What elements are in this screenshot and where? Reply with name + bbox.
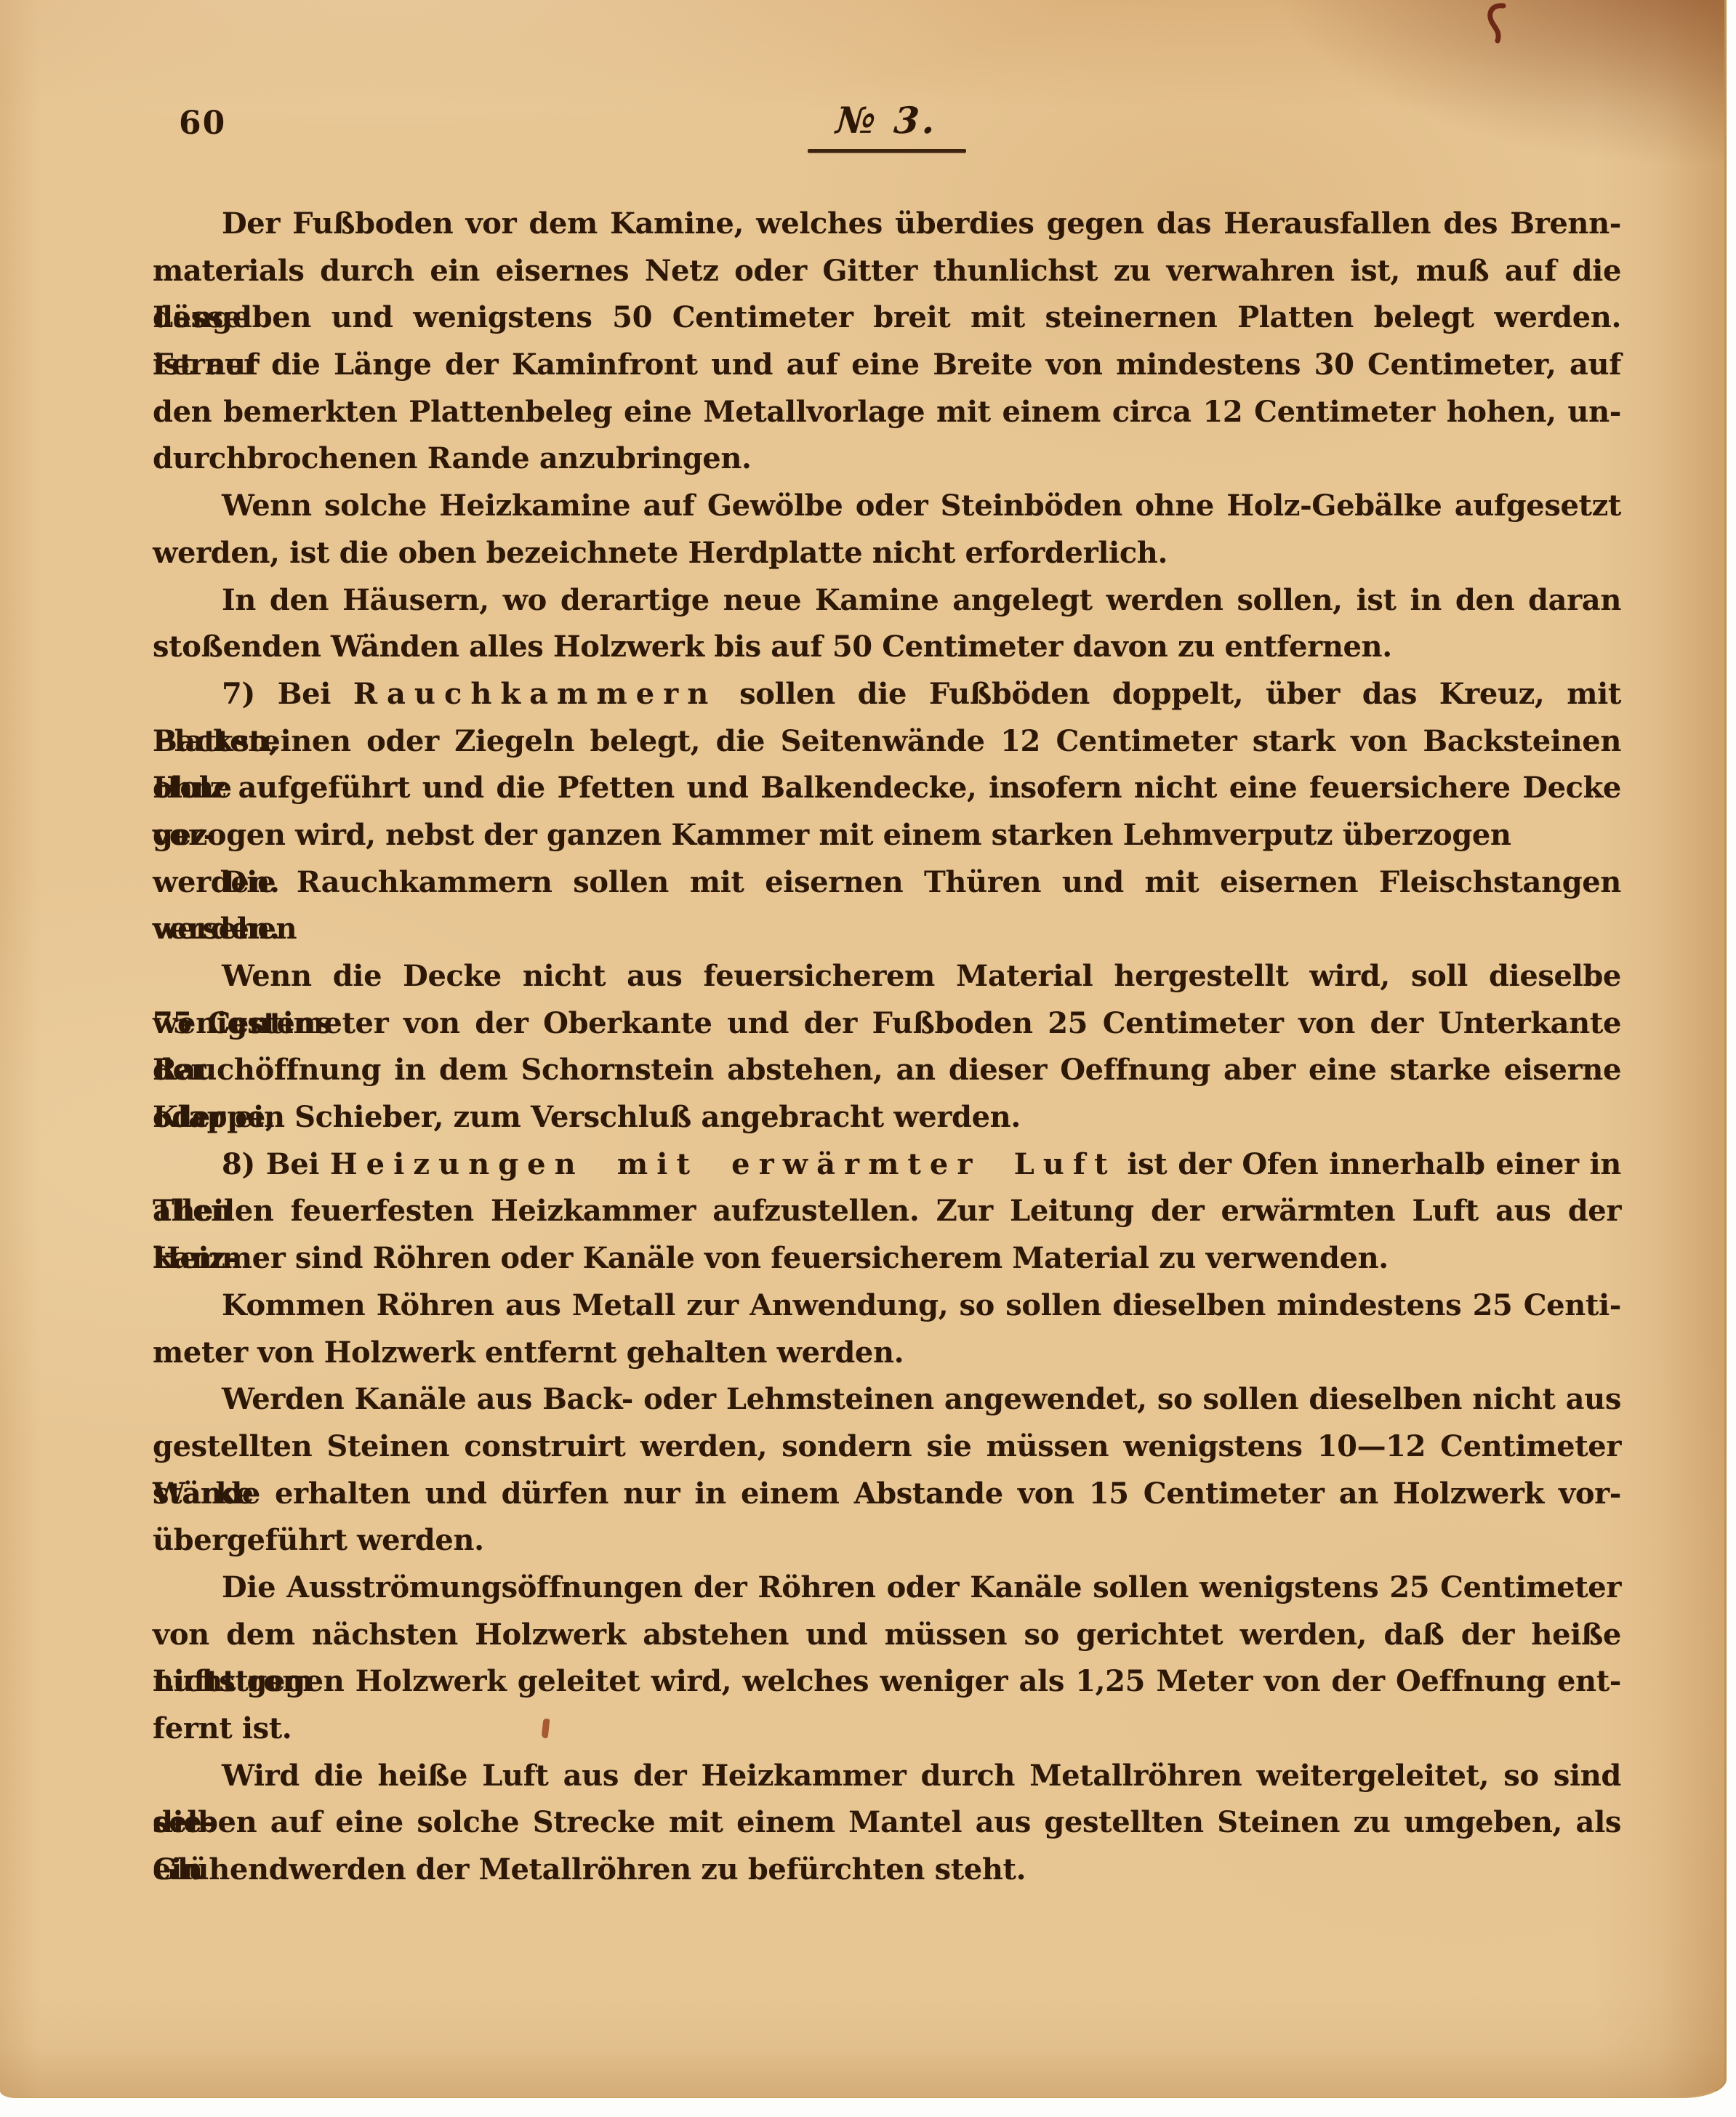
- text-line: In den Häusern, wo derartige neue Kamine…: [153, 577, 1621, 624]
- section-underline: [808, 149, 966, 153]
- text-line: ist auf die Länge der Kaminfront und auf…: [153, 342, 1621, 389]
- text-line: nicht gegen Holzwerk geleitet wird, welc…: [153, 1658, 1621, 1706]
- text-line: 7) Bei Rauchkammern sollen die Fußböden …: [153, 671, 1621, 718]
- text-line: Theilen feuerfesten Heizkammer aufzustel…: [153, 1188, 1621, 1235]
- text-line: 8) Bei Heizungen mit erwärmter Luft ist …: [153, 1141, 1621, 1189]
- text-line: 75 Centimeter von der Oberkante und der …: [153, 1000, 1621, 1048]
- text-line: durchbrochenen Rande anzubringen.: [153, 435, 1621, 483]
- text-line: Der Fußboden vor dem Kamine, welches übe…: [153, 201, 1621, 248]
- text-line: Die Rauchkammern sollen mit eisernen Thü…: [153, 859, 1621, 907]
- text-line: Holz aufgeführt und die Pfetten und Balk…: [153, 765, 1621, 812]
- pen-mark-artifact: [1482, 3, 1511, 47]
- text-line: materials durch ein eisernes Netz oder G…: [153, 248, 1621, 295]
- text-line: Wände erhalten und dürfen nur in einem A…: [153, 1471, 1621, 1518]
- text-segment-spaced: Rauchkammern: [353, 677, 717, 711]
- page-header: 60 № 3.: [153, 99, 1621, 179]
- text-line: Kommen Röhren aus Metall zur Anwendung, …: [153, 1282, 1621, 1330]
- section-title: № 3.: [835, 99, 939, 142]
- text-line: Rauchöffnung in dem Schornstein abstehen…: [153, 1047, 1621, 1094]
- text-line: selben auf eine solche Strecke mit einem…: [153, 1799, 1621, 1847]
- text-segment: 7) Bei: [222, 677, 353, 711]
- text-line: Backsteinen oder Ziegeln belegt, die Sei…: [153, 718, 1621, 766]
- text-line: Glühendwerden der Metallröhren zu befürc…: [153, 1847, 1621, 1894]
- text-line: Wenn die Decke nicht aus feuersicherem M…: [153, 953, 1621, 1000]
- text-line: übergeführt werden.: [153, 1517, 1621, 1564]
- text-line: Die Ausströmungsöffnungen der Röhren ode…: [153, 1564, 1621, 1612]
- text-line: Wenn solche Heizkamine auf Gewölbe oder …: [153, 483, 1621, 530]
- text-line: meter von Holzwerk entfernt gehalten wer…: [153, 1330, 1621, 1377]
- text-line: werden.: [153, 906, 1621, 953]
- text-line: von dem nächsten Holzwerk abstehen und m…: [153, 1612, 1621, 1659]
- text-line: werden, ist die oben bezeichnete Herdpla…: [153, 530, 1621, 577]
- text-segment: 8) Bei: [222, 1147, 330, 1181]
- text-line: stoßenden Wänden alles Holzwerk bis auf …: [153, 624, 1621, 671]
- text-line: Wird die heiße Luft aus der Heizkammer d…: [153, 1753, 1621, 1800]
- text-line: fernt ist.: [153, 1706, 1621, 1753]
- scanned-page: 60 № 3. Der Fußboden vor dem Kamine, wel…: [0, 0, 1736, 2117]
- text-segment-spaced: Heizungen mit erwärmter Luft: [330, 1147, 1117, 1181]
- section-head: № 3.: [153, 99, 1621, 153]
- text-line: gezogen wird, nebst der ganzen Kammer mi…: [153, 812, 1621, 859]
- text-line: desselben und wenigstens 50 Centimeter b…: [153, 294, 1621, 342]
- text-line: gestellten Steinen construirt werden, so…: [153, 1423, 1621, 1471]
- body-text: Der Fußboden vor dem Kamine, welches übe…: [153, 201, 1621, 1894]
- text-line: kammer sind Röhren oder Kanäle von feuer…: [153, 1235, 1621, 1282]
- text-line: oder ein Schieber, zum Verschluß angebra…: [153, 1094, 1621, 1141]
- text-line: den bemerkten Plattenbeleg eine Metallvo…: [153, 389, 1621, 436]
- text-line: Werden Kanäle aus Back- oder Lehmsteinen…: [153, 1376, 1621, 1423]
